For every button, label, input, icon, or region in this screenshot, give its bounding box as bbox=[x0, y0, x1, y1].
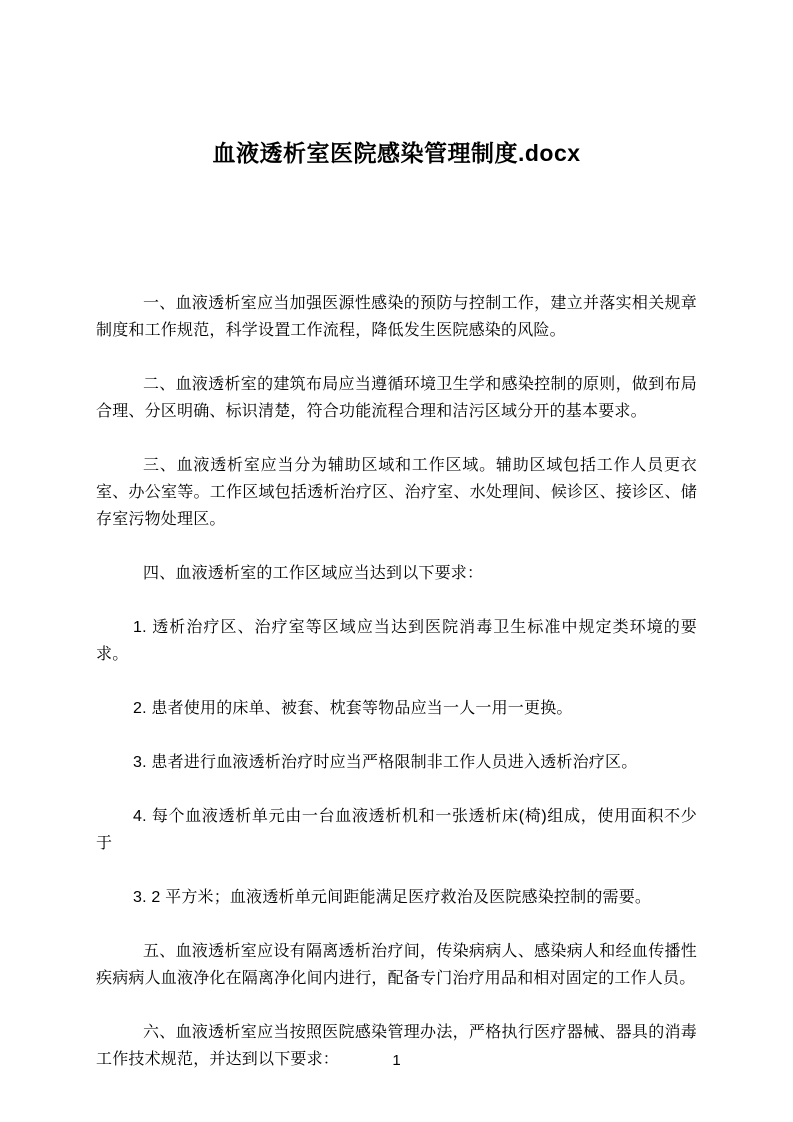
paragraph-item-1: 1. 透析治疗区、治疗室等区域应当达到医院消毒卫生标准中规定类环境的要求。 bbox=[96, 614, 697, 668]
paragraph-item-2: 2. 患者使用的床单、被套、枕套等物品应当一人一用一更换。 bbox=[96, 695, 697, 722]
paragraph-item-4-continued: 3. 2 平方米；血液透析单元间距能满足医疗救治及医院感染控制的需要。 bbox=[96, 884, 697, 911]
document-page: 血液透析室医院感染管理制度.docx 一、血液透析室应当加强医源性感染的预防与控… bbox=[0, 0, 793, 1122]
paragraph-section-2: 二、血液透析室的建筑布局应当遵循环境卫生学和感染控制的原则，做到布局合理、分区明… bbox=[96, 371, 697, 425]
page-number: 1 bbox=[0, 1051, 793, 1071]
paragraph-section-5: 五、血液透析室应设有隔离透析治疗间，传染病病人、感染病人和经血传播性疾病病人血液… bbox=[96, 938, 697, 992]
paragraph-item-4: 4. 每个血液透析单元由一台血液透析机和一张透析床(椅)组成，使用面积不少于 bbox=[96, 803, 697, 857]
paragraph-section-3: 三、血液透析室应当分为辅助区域和工作区域。辅助区域包括工作人员更衣室、办公室等。… bbox=[96, 452, 697, 533]
document-title: 血液透析室医院感染管理制度.docx bbox=[0, 138, 793, 168]
paragraph-section-1: 一、血液透析室应当加强医源性感染的预防与控制工作，建立并落实相关规章制度和工作规… bbox=[96, 290, 697, 344]
paragraph-item-3: 3. 患者进行血液透析治疗时应当严格限制非工作人员进入透析治疗区。 bbox=[96, 749, 697, 776]
paragraph-section-4: 四、血液透析室的工作区域应当达到以下要求： bbox=[96, 560, 697, 587]
document-body: 一、血液透析室应当加强医源性感染的预防与控制工作，建立并落实相关规章制度和工作规… bbox=[96, 290, 697, 1100]
